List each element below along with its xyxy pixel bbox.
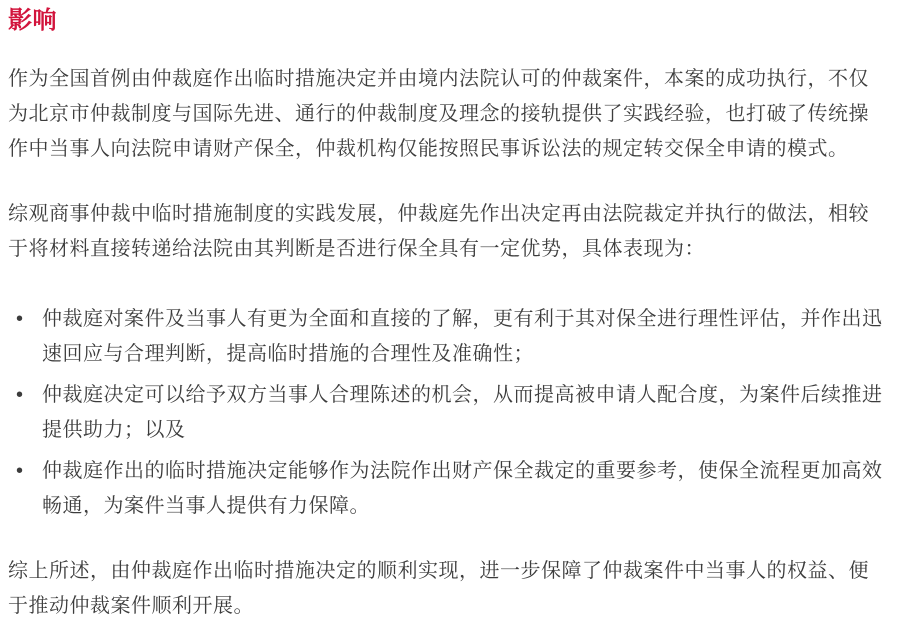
bullet-icon: • bbox=[16, 302, 24, 337]
advantages-bullet-list: • 仲裁庭对案件及当事人有更为全面和直接的了解，更有利于其对保全进行理性评估，并… bbox=[8, 297, 889, 524]
paragraph-conclusion: 综上所述，由仲裁庭作出临时措施决定的顺利实现，进一步保障了仲裁案件中当事人的权益… bbox=[8, 554, 889, 624]
list-item-text: 仲裁庭作出的临时措施决定能够作为法院作出财产保全裁定的重要参考，使保全流程更加高… bbox=[42, 460, 883, 517]
list-item: • 仲裁庭对案件及当事人有更为全面和直接的了解，更有利于其对保全进行理性评估，并… bbox=[8, 302, 889, 372]
paragraph-overview: 综观商事仲裁中临时措施制度的实践发展，仲裁庭先作出决定再由法院裁定并执行的做法，… bbox=[8, 197, 889, 267]
list-item: • 仲裁庭决定可以给予双方当事人合理陈述的机会，从而提高被申请人配合度，为案件后… bbox=[8, 378, 889, 448]
paragraph-intro: 作为全国首例由仲裁庭作出临时措施决定并由境内法院认可的仲裁案件，本案的成功执行，… bbox=[8, 62, 889, 167]
list-item-text: 仲裁庭对案件及当事人有更为全面和直接的了解，更有利于其对保全进行理性评估，并作出… bbox=[42, 308, 883, 365]
article-page: 影响 作为全国首例由仲裁庭作出临时措施决定并由境内法院认可的仲裁案件，本案的成功… bbox=[0, 0, 897, 634]
section-heading: 影响 bbox=[8, 8, 889, 34]
list-item: • 仲裁庭作出的临时措施决定能够作为法院作出财产保全裁定的重要参考，使保全流程更… bbox=[8, 454, 889, 524]
bullet-icon: • bbox=[16, 454, 24, 489]
bullet-icon: • bbox=[16, 378, 24, 413]
list-item-text: 仲裁庭决定可以给予双方当事人合理陈述的机会，从而提高被申请人配合度，为案件后续推… bbox=[42, 384, 883, 441]
